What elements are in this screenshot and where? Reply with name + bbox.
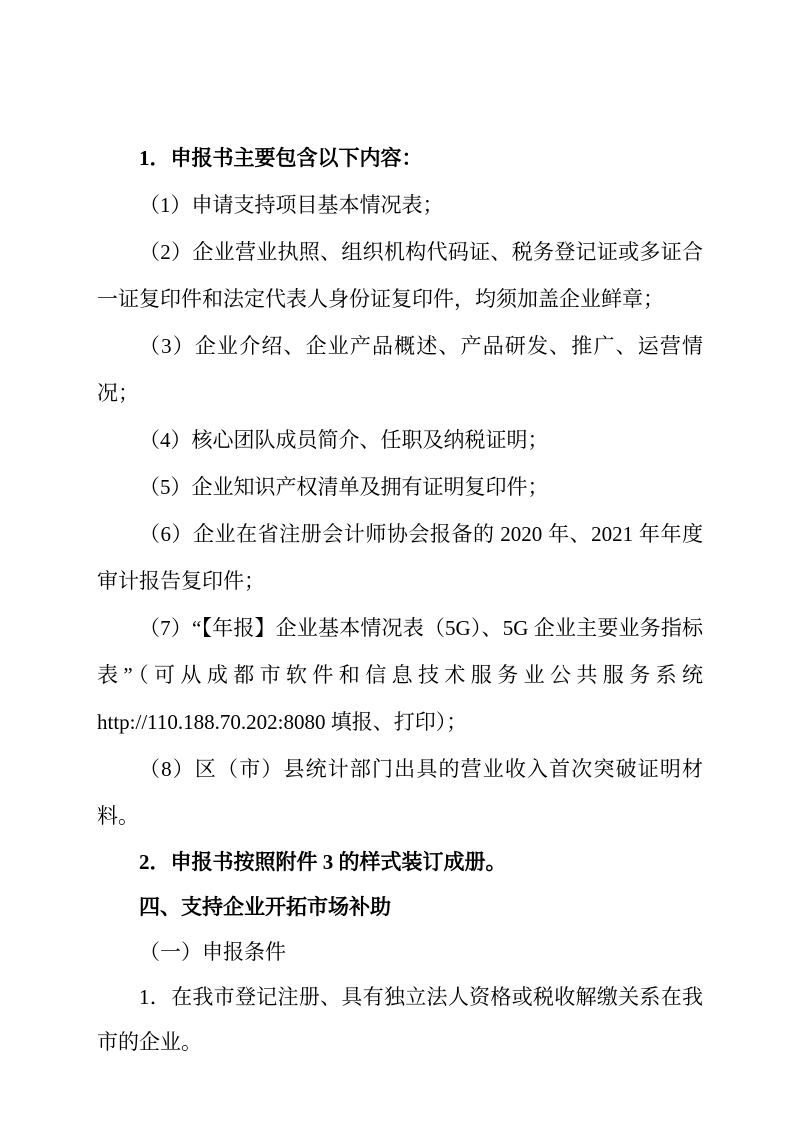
clause-1-heading: 1．申报书主要包含以下内容： (97, 135, 703, 182)
clause-item-2: （2）企业营业执照、组织机构代码证、税务登记证或多证合一证复印件和法定代表人身份… (97, 229, 703, 323)
clause-item-6: （6）企业在省注册会计师协会报备的 2020 年、2021 年年度审计报告复印件… (97, 511, 703, 605)
clause-2-heading: 2．申报书按照附件 3 的样式装订成册。 (97, 840, 703, 885)
clause-item-4: （4）核心团队成员简介、任职及纳税证明； (97, 417, 703, 464)
clause-item-7: （7）“【年报】企业基本情况表（5G）、5G 企业主要业务指标表”（可从成都市软… (97, 605, 703, 746)
section-4-heading: 四、支持企业开拓市场补助 (97, 885, 703, 930)
document-body: 1．申报书主要包含以下内容： （1）申请支持项目基本情况表； （2）企业营业执照… (97, 135, 703, 1065)
clause-item-8: （8）区（市）县统计部门出具的营业收入首次突破证明材料。 (97, 746, 703, 840)
document-page: 1．申报书主要包含以下内容： （1）申请支持项目基本情况表； （2）企业营业执照… (0, 0, 793, 1122)
clause-item-5: （5）企业知识产权清单及拥有证明复印件； (97, 464, 703, 511)
clause-item-1: （1）申请支持项目基本情况表； (97, 182, 703, 229)
clause-item-3: （3）企业介绍、企业产品概述、产品研发、推广、运营情况； (97, 323, 703, 417)
condition-item-1: 1．在我市登记注册、具有独立法人资格或税收解缴关系在我市的企业。 (97, 975, 703, 1065)
subsection-1-heading: （一）申报条件 (97, 930, 703, 975)
